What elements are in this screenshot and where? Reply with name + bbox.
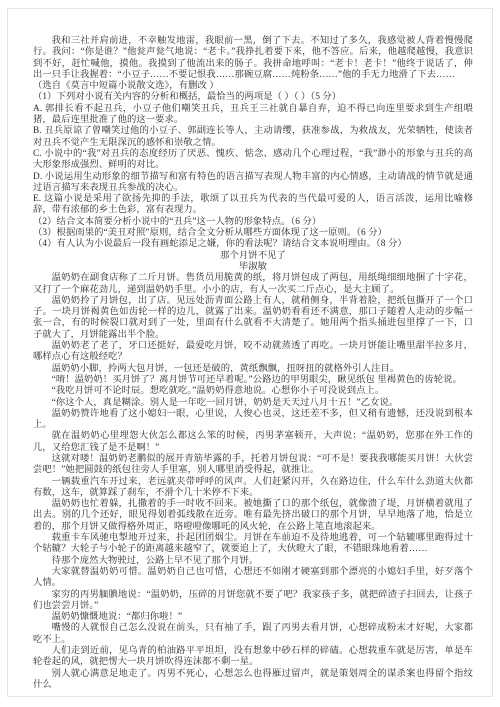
option-d: D. 小说运用生动形象的细节描写和富有特色的语言描写表现人物丰富的内心情感，主动… [33,172,473,195]
question-3: （3）根据雨果的“美丑对照”原则，结合全文分析从哪些方面体现了这一原则。（6 分… [33,228,473,239]
source-line: （选自《莫言中短篇小说散文选》，有删改 ） [33,81,473,92]
story-paragraph: 温奶奶在副食店称了二斤月饼。售货员用脆黄的纸，将月饼包成了两包，用纸绳细细地捆了… [33,273,473,296]
story-paragraph: 嘴慢的人就恨自己怎么没说在前头，只有袖了手，跟了丙男去看月饼，心想碎成粉末才好呢… [33,623,473,646]
story-paragraph: 大家就替温奶奶可惜。温奶奶自己也可惜，心想还不如刚才硬塞到那个漂亮的小媳妇手里，… [33,567,473,590]
story-paragraph: 温奶奶也忙着躲，扎撒着的手一时收不回来。被她撕了口的那个纸包，就像溃了堤，月饼横… [33,499,473,533]
story-paragraph: 温奶奶拎了月饼包，出了店。见远处沥青面公路上有人，就稍侧身，半背着脸，把纸包撕开… [33,296,473,341]
story-paragraph: “我吃月饼可不论时辰。想吃就吃。”温奶奶得意地说。心想你小子可没说到点上。 [33,386,473,397]
story-paragraph: 这就对喽！温奶奶老鹏似的展开青筋毕露的手，托着月饼包说：“可不是！要我我哪能买月… [33,454,473,477]
story-paragraph: 载重卡车风驰电掣地开过来，扑起团团烟尘。月饼在车前迫不及待地逃着，可一个轱辘哪里… [33,533,473,556]
question-4: （4）有人认为小说最后一段有画蛇添足之嫌，你的看法呢？请结合文本说明理由。（8 … [33,239,473,250]
story-paragraph: 温奶奶小脚，拎两大包月饼，一包还是破的，黄纸飘飘，扭呀扭的就格外引人注目。 [33,364,473,375]
story-paragraph: 就在温奶奶心里埋怨大伙怎么都这么笨的时候，丙男茅塞顿开，大声说：“温奶奶，您那在… [33,431,473,454]
story-paragraph: 别人就心满意足地走了。丙男不死心，心想怎么也得雁过留声，就是策划周全的谋杀案也得… [33,669,473,692]
exam-page-text: 我和三社并肩前进，不幸触发地雷，我眼前一黑，倒了下去。不知过了多久，我感觉被人背… [33,36,473,691]
story-author: 毕淑敏 [33,262,473,273]
story-paragraph: 待那个庞然大物驶过，公路上早不见了那个月饼。 [33,556,473,567]
option-c: C. 小说中的“我”对丑兵的态度经历了厌恶、愧疚、惦念、感动几个心理过程，“我”… [33,149,473,172]
story-paragraph: 温奶奶慷慨地说：“都归你啦！” [33,612,473,623]
story-paragraph: 一辆载重汽车开过来，老远就夹带呼呼的风声。人们赶紧闪开，久在路边住，什么车什么劲… [33,477,473,500]
story-paragraph: “你这个人，真是糊涂。别人是一年吃一回月饼，奶奶是天天过八月十五！”乙女说。 [33,398,473,409]
story-paragraph: 温奶奶赞许地看了这小媳妇一眼，心里说，人俊心也灵，这还差不多，但又稍有遗憾，还没… [33,409,473,432]
story-paragraph: 人们走到近前，见乌青的柏油路平平坦坦，没有想象中砂石样的碎磕。心想载重车就是厉害… [33,646,473,669]
story-paragraph: 家穷的丙男腼腆地说：“温奶奶，压碎的月饼您就不要了吧？我家孩子多，就把碎渣子扫回… [33,590,473,613]
option-a: A. 郭排长看不起丑兵，小豆子他们嘲笑丑兵，丑兵王三社就自暴自弃，迫不得已向连里… [33,104,473,127]
narrative-paragraph: 我和三社并肩前进，不幸触发地雷，我眼前一黑，倒了下去。不知过了多久，我感觉被人背… [33,36,473,81]
story-paragraph: 温奶奶老了老了，牙口还挺好，最爱吃月饼，咬不动就蒸透了再吃。一块月饼能让嘴里甜半… [33,341,473,364]
option-e: E. 这篇小说是采用了欲扬先抑的手法，歌颂了以丑兵为代表的当代最可爱的人，语言活… [33,194,473,217]
story-paragraph: “唷！温奶奶！买月饼了？离月饼节可还早着呢。”公路边的甲男眼尖，瞅见纸包 里褐黄… [33,375,473,386]
question-2: （2）结合文本简要分析小说中的“丑兵”这一人物的形象特点。（6 分） [33,217,473,228]
story-title: 那个月饼不见了 [33,251,473,262]
question-1: （1）下列对小说有关内容的分析和概括，最恰当的两项是（ ）（ ）（5 分） [33,92,473,103]
option-b: B. 丑兵原谅了曾嘲笑过他的小豆子、郭副连长等人，主动请缨，获准参战，为救战友，… [33,126,473,149]
